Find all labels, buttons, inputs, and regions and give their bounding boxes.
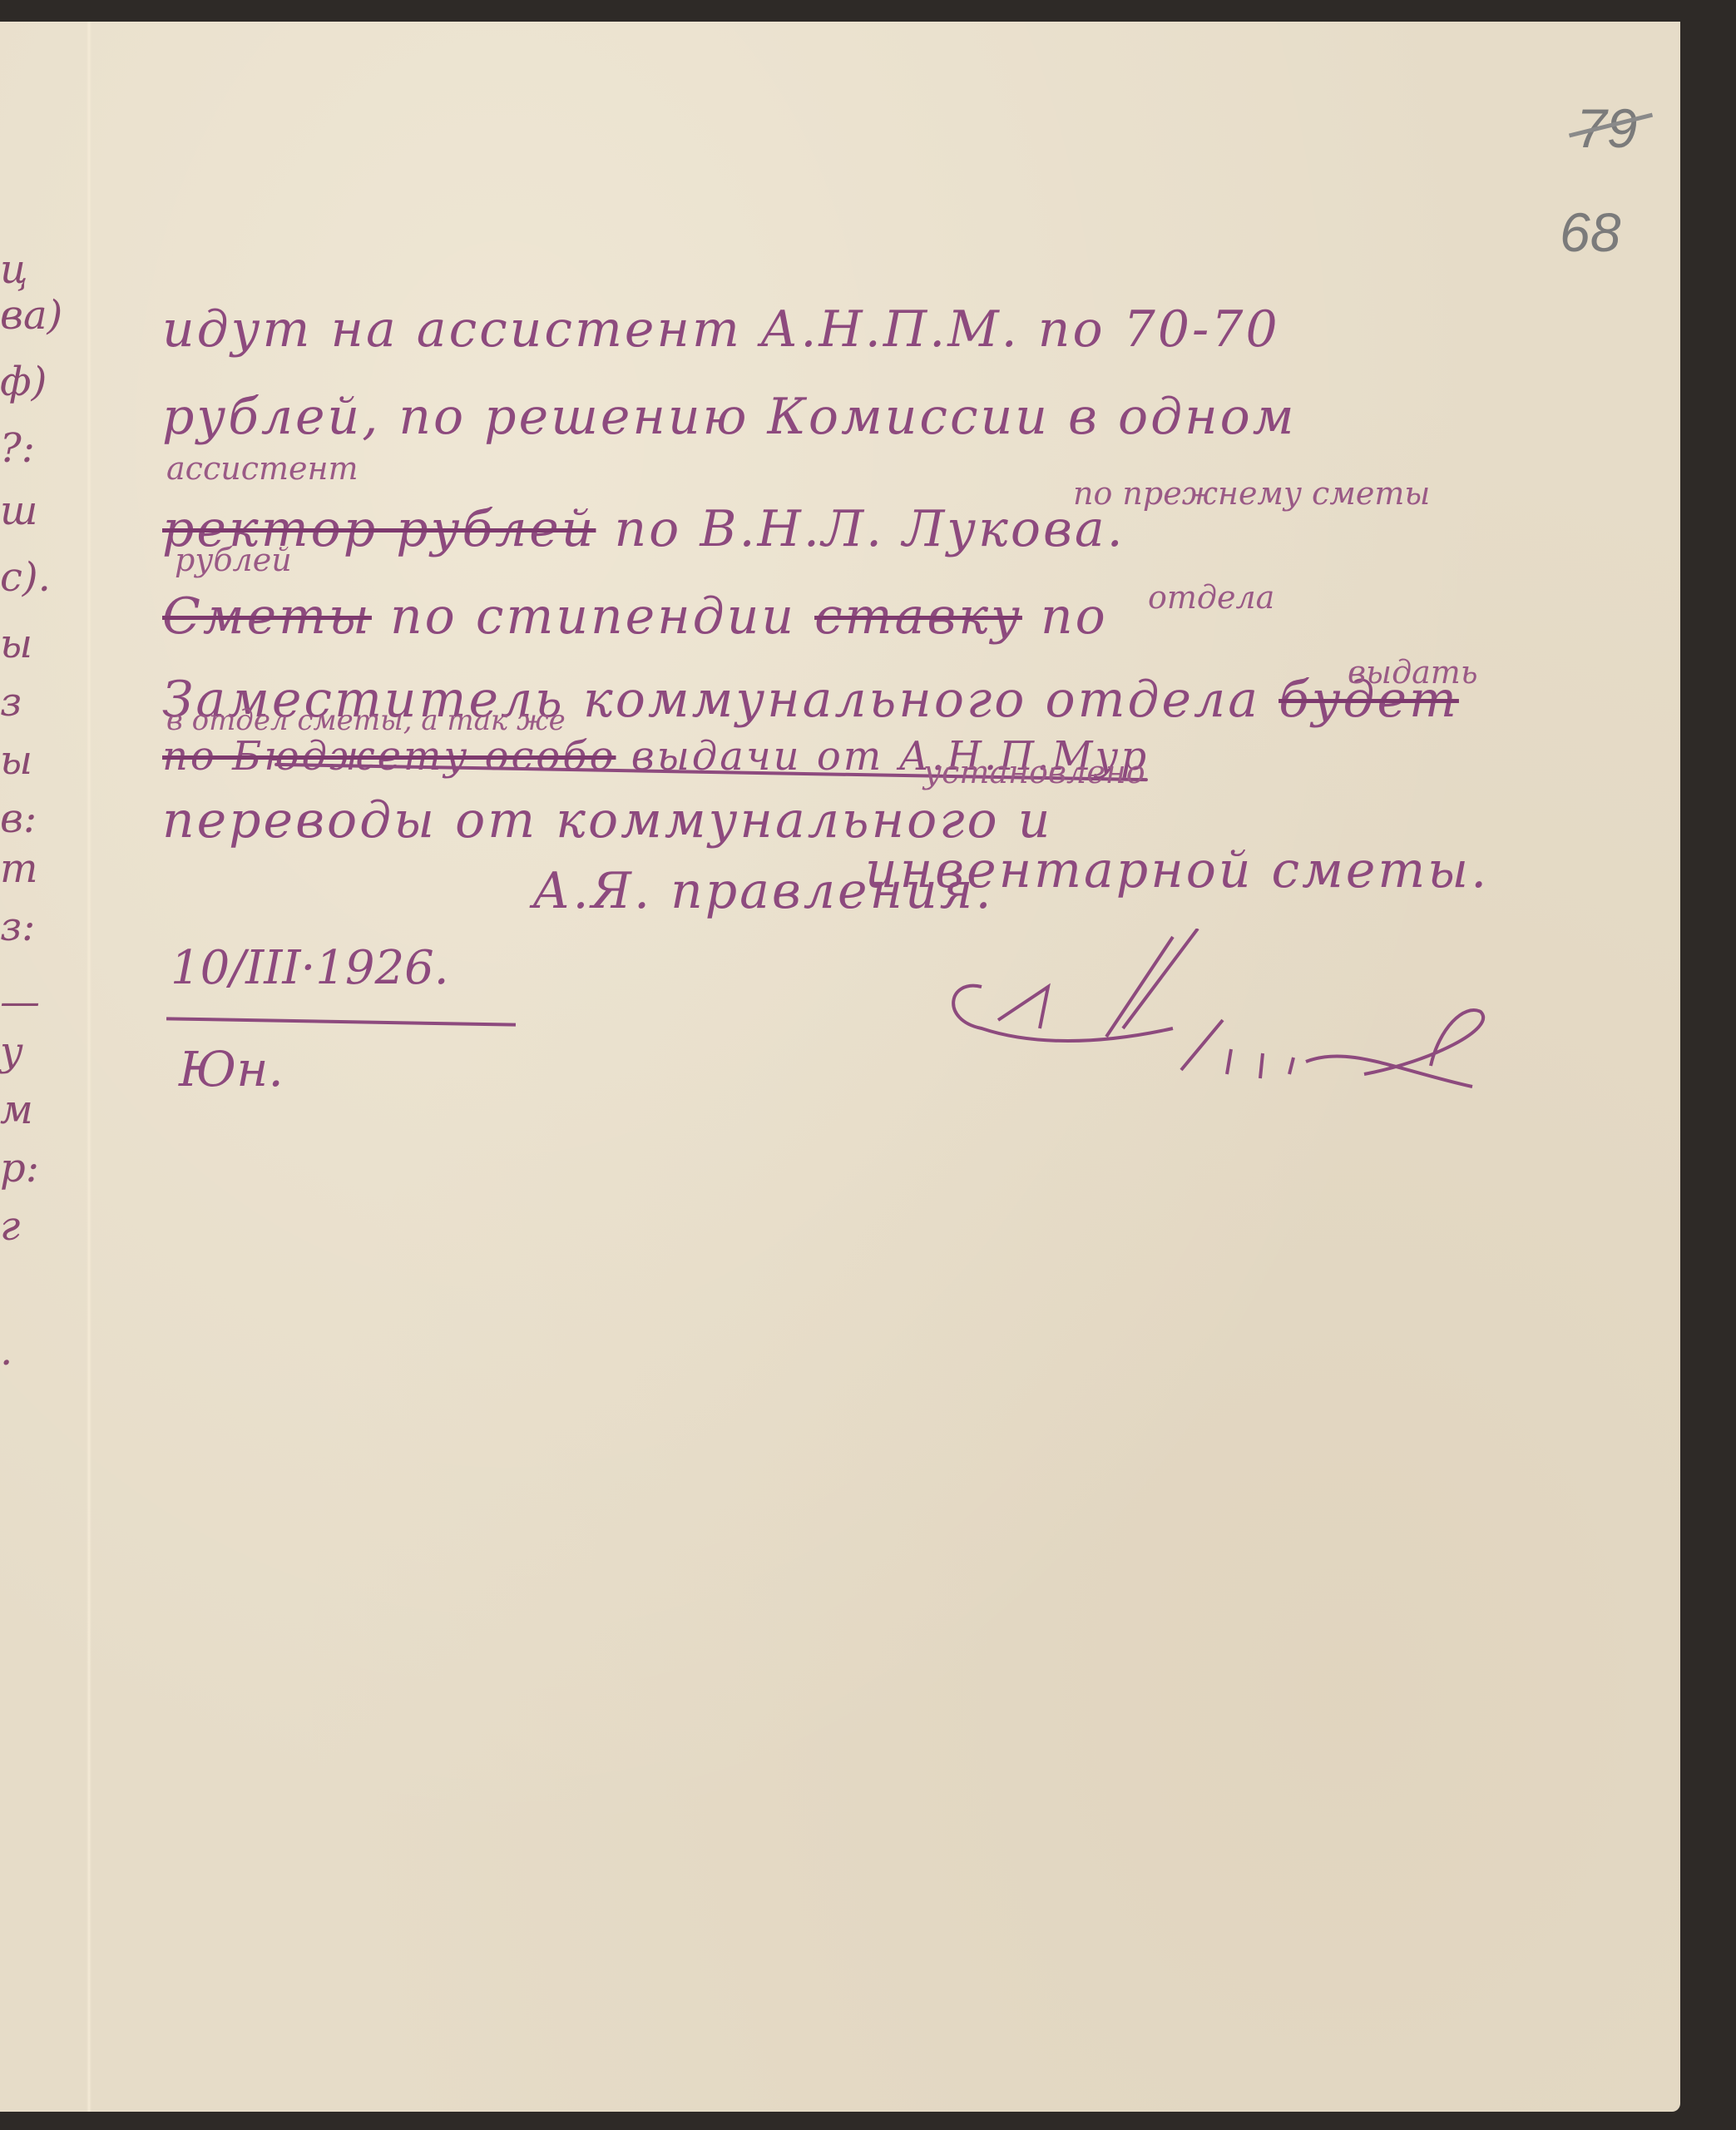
folio-number: 68: [1560, 201, 1620, 264]
fragment-text: з:: [0, 904, 35, 950]
insertion-above: в отдел сметы, а так же: [166, 704, 566, 737]
struck-text: ставку: [814, 587, 1022, 646]
insertion-above: ассистент: [166, 450, 359, 487]
fragment-text: м: [0, 1087, 33, 1133]
fragment-text: с).: [0, 554, 51, 601]
date-rule: [166, 1017, 516, 1026]
fragment-text: ц: [0, 246, 28, 293]
fragment-text: ф): [0, 359, 47, 405]
fragment-text: .: [0, 1328, 12, 1375]
insertion-above: рублей: [175, 542, 292, 578]
fragment-text: р:: [0, 1145, 39, 1191]
text-line-9: А.Я. правления.: [532, 862, 994, 920]
date: 10/III·1926.: [171, 941, 449, 995]
folio-number-crossed: 79: [1576, 97, 1637, 160]
fragment-text: г: [0, 1203, 20, 1250]
fragment-text: —: [0, 978, 40, 1025]
insertion-mid: установлено: [923, 754, 1145, 790]
text-line-3: ректор рублей по В.Н.Л. Лукова.: [162, 500, 1125, 558]
page-fold: [87, 22, 91, 2112]
fragment-text: у: [0, 1028, 23, 1075]
fragment-text: ы: [0, 737, 32, 784]
line-text: по В.Н.Л. Лукова.: [615, 500, 1125, 558]
fragment-text: ы: [0, 621, 32, 667]
struck-text: по Бюджету особо: [162, 733, 616, 780]
text-line-1: идут на ассистент А.Н.П.М. по 70-70: [162, 300, 1280, 359]
fragment-text: в:: [0, 795, 37, 842]
insertion-right: по прежнему сметы: [1073, 475, 1430, 512]
fragment-text: ?:: [0, 425, 35, 472]
signature-scribble-icon: [932, 929, 1514, 1095]
fragment-text: ва): [0, 292, 62, 339]
fragment-text: ш: [0, 488, 37, 534]
fragment-text: з: [0, 679, 22, 726]
text-line-2: рублей, по решению Комиссии в одном: [162, 388, 1297, 446]
document-page: ц ва) ф) ?: ш с). ы з ы в: т з: — у м р:…: [0, 22, 1680, 2112]
text-line-4: Сметы по стипендии ставку по: [162, 587, 1108, 646]
insertion-right: выдать: [1348, 654, 1478, 691]
initials: Юн.: [179, 1041, 284, 1097]
struck-text: Сметы: [162, 587, 372, 646]
line-text: по стипендии: [390, 587, 796, 646]
insertion-mid: отдела: [1148, 579, 1274, 616]
fragment-text: т: [0, 845, 38, 892]
line-text: по: [1041, 587, 1108, 646]
